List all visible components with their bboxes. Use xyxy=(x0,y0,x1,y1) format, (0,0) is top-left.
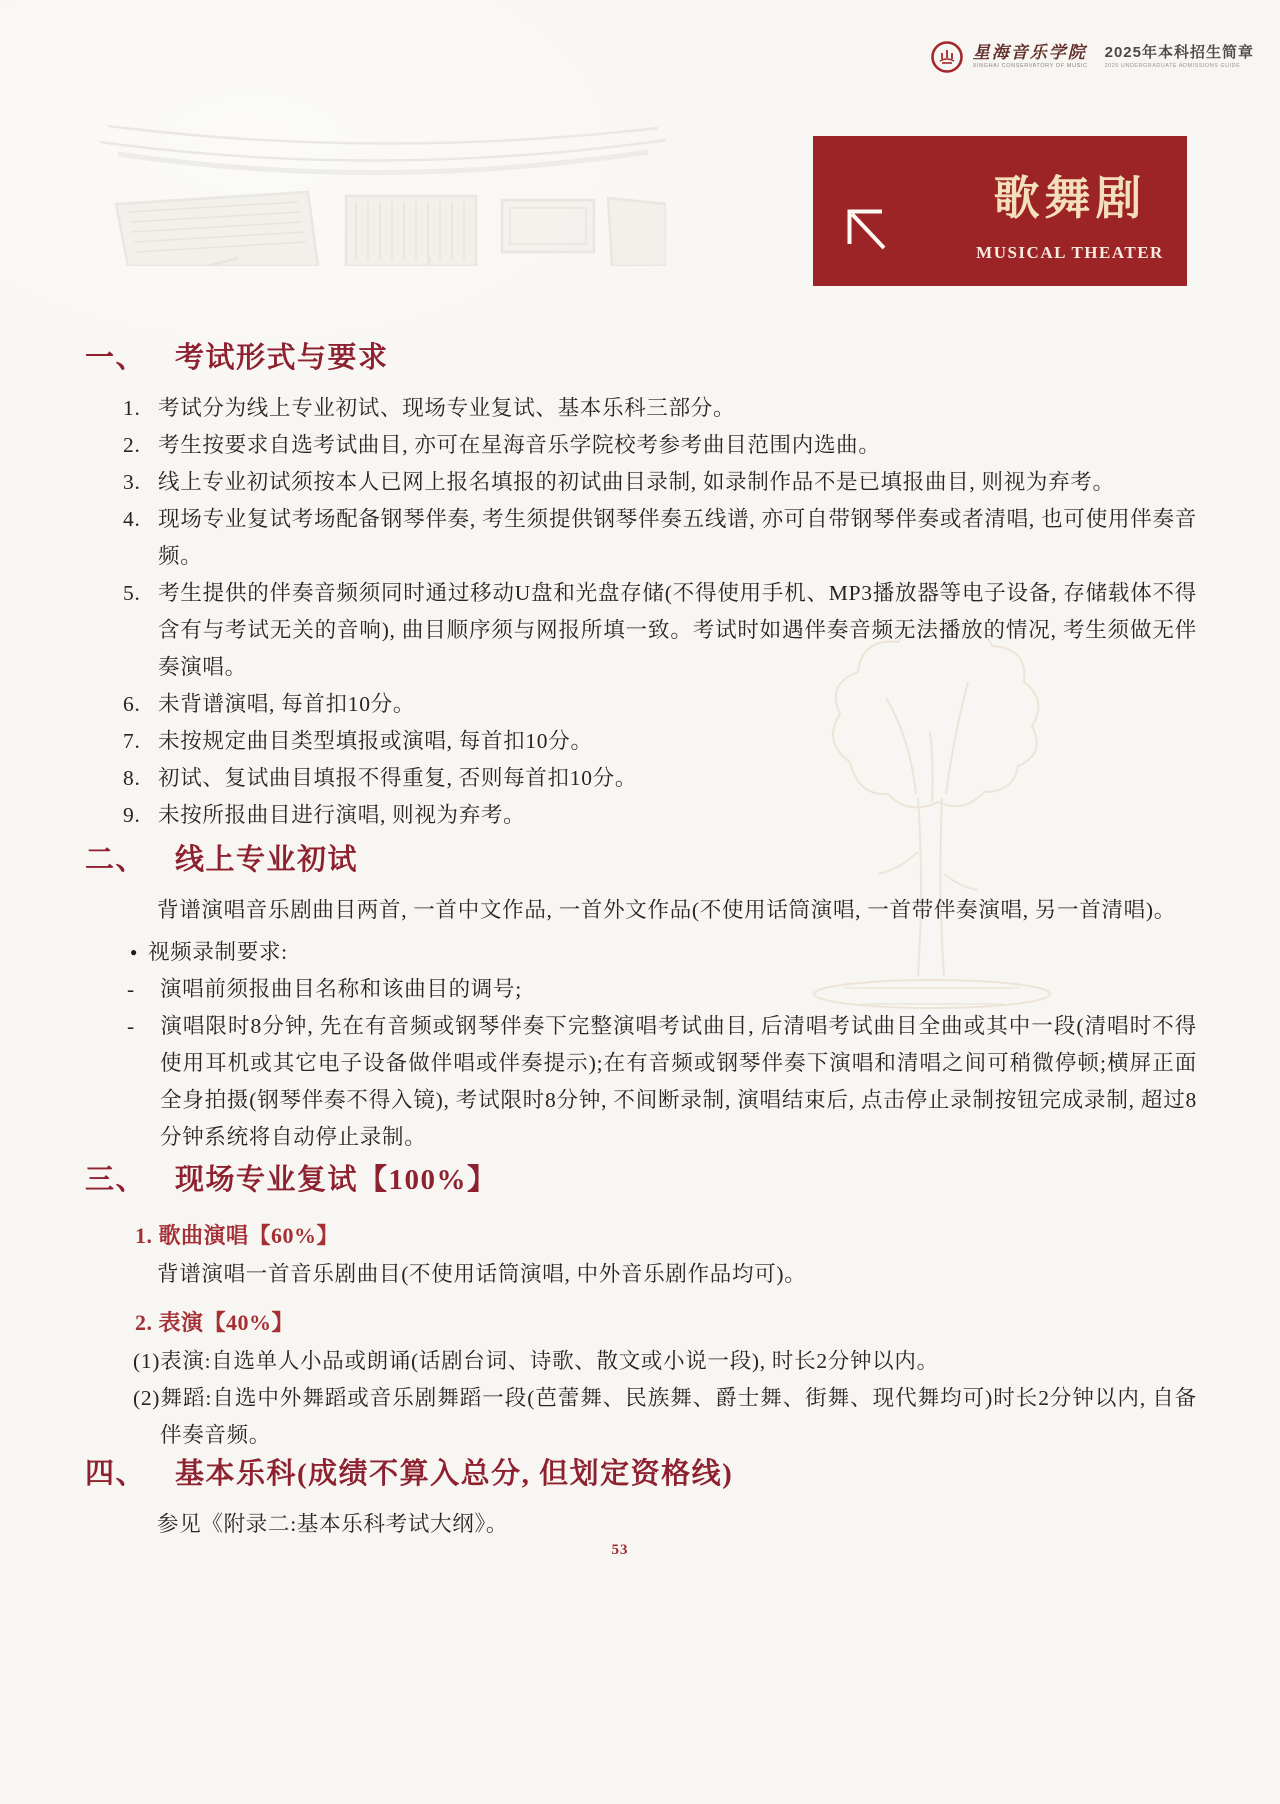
item-number: 7. xyxy=(123,723,153,760)
item-text: 考试分为线上专业初试、现场专业复试、基本乐科三部分。 xyxy=(158,396,735,420)
item-number: 8. xyxy=(123,760,153,797)
brochure-page: 星海音乐学院 XINGHAI CONSERVATORY OF MUSIC 202… xyxy=(0,0,1280,1804)
item-text: 线上专业初试须按本人已网上报名填报的初试曲目录制, 如录制作品不是已填报曲目, … xyxy=(158,470,1115,494)
subsection-2-heading: 2. 表演【40%】 xyxy=(85,1303,1197,1343)
item-text: 现场专业复试考场配备钢琴伴奏, 考生须提供钢琴伴奏五线谱, 亦可自带钢琴伴奏或者… xyxy=(158,507,1197,568)
university-name-zh: 星海音乐学院 xyxy=(973,44,1088,61)
requirement-item-7: 7.未按规定曲目类型填报或演唱, 每首扣10分。 xyxy=(85,723,1197,760)
requirement-item-1: 1.考试分为线上专业初试、现场专业复试、基本乐科三部分。 xyxy=(85,390,1197,427)
requirement-item-2: 2.考生按要求自选考试曲目, 亦可在星海音乐学院校考参考曲目范围内选曲。 xyxy=(85,427,1197,464)
university-logo-icon xyxy=(930,40,964,74)
section-3-number: 三、 xyxy=(85,1158,146,1202)
item-number: 3. xyxy=(123,464,153,501)
section-2-title: 线上专业初试 xyxy=(175,838,358,882)
section-3-title: 现场专业复试【100%】 xyxy=(175,1158,498,1202)
dash-marker: - xyxy=(127,1008,145,1045)
studio-watermark-image xyxy=(88,108,666,266)
section-4-paragraph: 参见《附录二:基本乐科考试大纲》。 xyxy=(85,1506,1197,1543)
item-text: 初试、复试曲目填报不得重复, 否则每首扣10分。 xyxy=(158,766,637,790)
logo-names: 星海音乐学院 XINGHAI CONSERVATORY OF MUSIC xyxy=(973,44,1088,70)
dash-text: 演唱限时8分钟, 先在有音频或钢琴伴奏下完整演唱考试曲目, 后清唱考试曲目全曲或… xyxy=(160,1014,1197,1149)
section-4-title: 基本乐科(成绩不算入总分, 但划定资格线) xyxy=(175,1452,733,1496)
main-content: 一、 考试形式与要求 1.考试分为线上专业初试、现场专业复试、基本乐科三部分。 … xyxy=(85,336,1197,1543)
subsection-1-paragraph: 背谱演唱一首音乐剧曲目(不使用话筒演唱, 中外音乐剧作品均可)。 xyxy=(85,1256,1197,1293)
section-2-number: 二、 xyxy=(85,838,146,882)
section-1-number: 一、 xyxy=(85,336,146,380)
requirement-item-6: 6.未背谱演唱, 每首扣10分。 xyxy=(85,686,1197,723)
section-4-number: 四、 xyxy=(85,1452,146,1496)
requirement-item-5: 5.考生提供的伴奏音频须同时通过移动U盘和光盘存储(不得使用手机、MP3播放器等… xyxy=(85,575,1197,686)
item-text: 未按规定曲目类型填报或演唱, 每首扣10分。 xyxy=(158,729,593,753)
requirement-item-8: 8.初试、复试曲目填报不得重复, 否则每首扣10分。 xyxy=(85,760,1197,797)
video-requirement-2: -演唱限时8分钟, 先在有音频或钢琴伴奏下完整演唱考试曲目, 后清唱考试曲目全曲… xyxy=(85,1008,1197,1156)
item-number: 5. xyxy=(123,575,153,612)
section-3-heading: 三、 现场专业复试【100%】 xyxy=(85,1158,1197,1202)
banner-subtitle: MUSICAL THEATER xyxy=(963,243,1177,263)
item-text: 考生按要求自选考试曲目, 亦可在星海音乐学院校考参考曲目范围内选曲。 xyxy=(158,433,881,457)
item-text: 未背谱演唱, 每首扣10分。 xyxy=(158,692,415,716)
arrow-up-left-icon xyxy=(846,208,892,254)
bullet-icon: ● xyxy=(130,934,138,971)
brochure-title-block: 2025年本科招生简章 2025 UNDERGRADUATE ADMISSION… xyxy=(1105,45,1254,70)
item-text: 考生提供的伴奏音频须同时通过移动U盘和光盘存储(不得使用手机、MP3播放器等电子… xyxy=(158,581,1197,679)
page-number: 53 xyxy=(0,1542,1240,1559)
section-1-title: 考试形式与要求 xyxy=(175,336,389,380)
banner-text: 歌舞剧 MUSICAL THEATER xyxy=(963,136,1177,286)
bullet-text: 视频录制要求: xyxy=(148,940,288,964)
university-name-en: XINGHAI CONSERVATORY OF MUSIC xyxy=(973,64,1088,70)
item-number: 9. xyxy=(123,797,153,834)
requirement-item-4: 4.现场专业复试考场配备钢琴伴奏, 考生须提供钢琴伴奏五线谱, 亦可自带钢琴伴奏… xyxy=(85,501,1197,575)
section-4-heading: 四、 基本乐科(成绩不算入总分, 但划定资格线) xyxy=(85,1452,1197,1496)
requirement-item-3: 3.线上专业初试须按本人已网上报名填报的初试曲目录制, 如录制作品不是已填报曲目… xyxy=(85,464,1197,501)
requirement-item-9: 9.未按所报曲目进行演唱, 则视为弃考。 xyxy=(85,797,1197,834)
performance-line-1: (1)表演:自选单人小品或朗诵(话剧台词、诗歌、散文或小说一段), 时长2分钟以… xyxy=(85,1343,1197,1380)
section-1-heading: 一、 考试形式与要求 xyxy=(85,336,1197,380)
item-text: 未按所报曲目进行演唱, 则视为弃考。 xyxy=(158,803,525,827)
program-banner: 歌舞剧 MUSICAL THEATER xyxy=(813,136,1187,286)
subsection-1-heading: 1. 歌曲演唱【60%】 xyxy=(85,1216,1197,1256)
item-number: 1. xyxy=(123,390,153,427)
item-number: 2. xyxy=(123,427,153,464)
header: 星海音乐学院 XINGHAI CONSERVATORY OF MUSIC 202… xyxy=(930,40,1254,74)
banner-title: 歌舞剧 xyxy=(963,162,1177,228)
section-2-paragraph: 背谱演唱音乐剧曲目两首, 一首中文作品, 一首外文作品(不使用话筒演唱, 一首带… xyxy=(85,892,1197,929)
dash-marker: - xyxy=(127,971,145,1008)
item-number: 6. xyxy=(123,686,153,723)
brochure-title: 2025年本科招生简章 xyxy=(1105,45,1254,60)
brochure-subtitle: 2025 UNDERGRADUATE ADMISSIONS GUIDE xyxy=(1105,64,1254,70)
video-requirement-1: -演唱前须报曲目名称和该曲目的调号; xyxy=(85,971,1197,1008)
dash-text: 演唱前须报曲目名称和该曲目的调号; xyxy=(160,977,522,1001)
performance-line-2: (2)舞蹈:自选中外舞蹈或音乐剧舞蹈一段(芭蕾舞、民族舞、爵士舞、街舞、现代舞均… xyxy=(85,1380,1197,1454)
item-number: 4. xyxy=(123,501,153,538)
video-requirements-label: ●视频录制要求: xyxy=(85,934,1197,971)
section-2-heading: 二、 线上专业初试 xyxy=(85,838,1197,882)
